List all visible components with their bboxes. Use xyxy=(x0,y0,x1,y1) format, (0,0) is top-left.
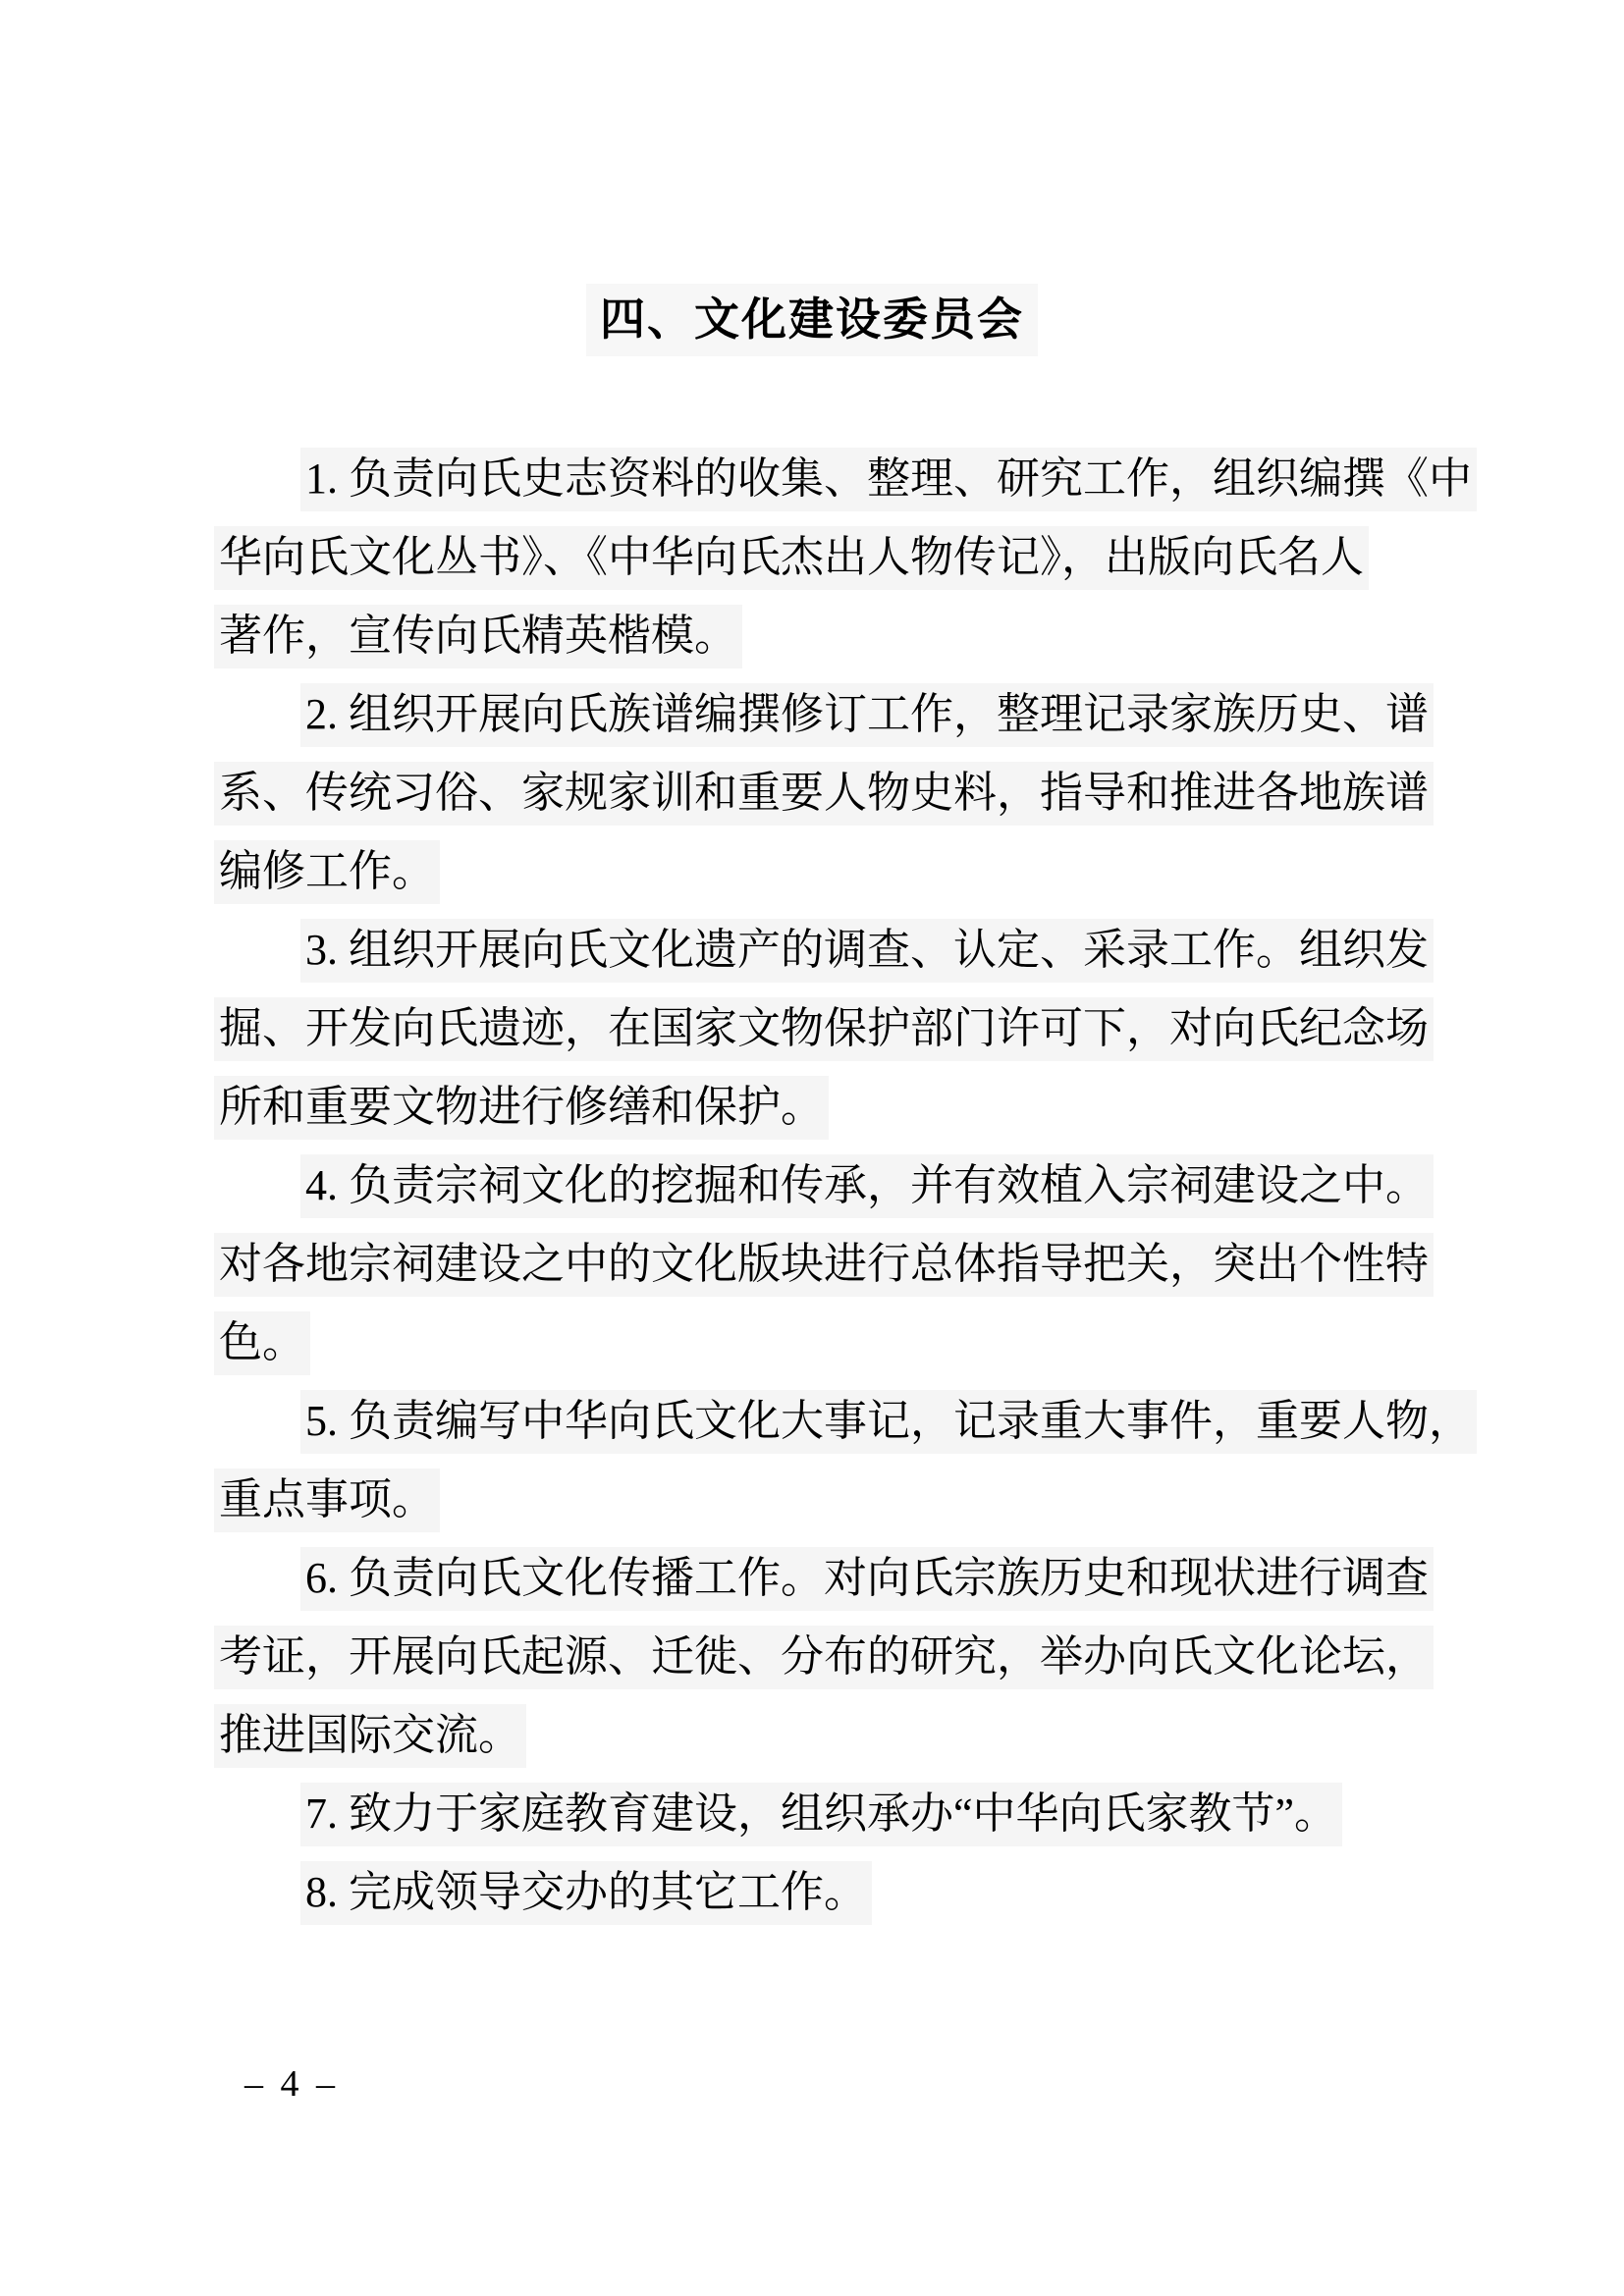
paragraph-line-text: 著作，宣传向氏精英楷模。 xyxy=(214,605,742,668)
paragraph-line: 掘、开发向氏遗迹，在国家文物保护部门许可下，对向氏纪念场 xyxy=(214,989,1441,1068)
paragraph-line: 推进国际交流。 xyxy=(214,1696,1441,1775)
paragraph-line-text: 2. 组织开展向氏族谱编撰修订工作，整理记录家族历史、谱 xyxy=(300,683,1434,747)
paragraph-line: 5. 负责编写中华向氏文化大事记，记录重大事件，重要人物， xyxy=(214,1382,1441,1461)
paragraph-4: 4. 负责宗祠文化的挖掘和传承，并有效植入宗祠建设之中。 对各地宗祠建设之中的文… xyxy=(214,1147,1441,1382)
paragraph-line: 编修工作。 xyxy=(214,832,1441,911)
paragraph-line: 4. 负责宗祠文化的挖掘和传承，并有效植入宗祠建设之中。 xyxy=(214,1147,1441,1225)
paragraph-line-text: 考证，开展向氏起源、迁徙、分布的研究，举办向氏文化论坛， xyxy=(214,1626,1434,1689)
paragraph-8: 8. 完成领导交办的其它工作。 xyxy=(214,1853,1441,1932)
paragraph-1: 1. 负责向氏史志资料的收集、整理、研究工作，组织编撰《中 华向氏文化丛书》、《… xyxy=(214,440,1441,675)
paragraph-line-text: 推进国际交流。 xyxy=(214,1704,526,1768)
page-number: – 4 – xyxy=(218,2061,365,2107)
paragraph-3: 3. 组织开展向氏文化遗产的调查、认定、采录工作。组织发 掘、开发向氏遗迹，在国… xyxy=(214,911,1441,1147)
paragraph-line-text: 7. 致力于家庭教育建设，组织承办“中华向氏家教节”。 xyxy=(300,1783,1342,1846)
paragraph-line-text: 6. 负责向氏文化传播工作。对向氏宗族历史和现状进行调查 xyxy=(300,1547,1434,1611)
paragraph-line-text: 对各地宗祠建设之中的文化版块进行总体指导把关，突出个性特 xyxy=(214,1233,1434,1297)
paragraph-line: 华向氏文化丛书》、《中华向氏杰出人物传记》，出版向氏名人 xyxy=(214,518,1441,597)
paragraph-line: 考证，开展向氏起源、迁徙、分布的研究，举办向氏文化论坛， xyxy=(214,1618,1441,1696)
paragraph-line: 1. 负责向氏史志资料的收集、整理、研究工作，组织编撰《中 xyxy=(214,440,1441,518)
paragraph-line: 2. 组织开展向氏族谱编撰修订工作，整理记录家族历史、谱 xyxy=(214,675,1441,754)
document-page: 四、文化建设委员会 1. 负责向氏史志资料的收集、整理、研究工作，组织编撰《中 … xyxy=(0,0,1624,2296)
paragraph-line-text: 4. 负责宗祠文化的挖掘和传承，并有效植入宗祠建设之中。 xyxy=(300,1154,1434,1218)
paragraph-6: 6. 负责向氏文化传播工作。对向氏宗族历史和现状进行调查 考证，开展向氏起源、迁… xyxy=(214,1539,1441,1775)
paragraph-5: 5. 负责编写中华向氏文化大事记，记录重大事件，重要人物， 重点事项。 xyxy=(214,1382,1441,1539)
paragraph-line: 重点事项。 xyxy=(214,1461,1441,1539)
paragraph-line: 系、传统习俗、家规家训和重要人物史料，指导和推进各地族谱 xyxy=(214,754,1441,832)
paragraph-line: 对各地宗祠建设之中的文化版块进行总体指导把关，突出个性特 xyxy=(214,1225,1441,1304)
paragraph-line-text: 1. 负责向氏史志资料的收集、整理、研究工作，组织编撰《中 xyxy=(300,448,1477,511)
paragraph-line-text: 掘、开发向氏遗迹，在国家文物保护部门许可下，对向氏纪念场 xyxy=(214,997,1434,1061)
paragraph-line-text: 重点事项。 xyxy=(214,1468,440,1532)
paragraph-line-text: 8. 完成领导交办的其它工作。 xyxy=(300,1861,872,1925)
paragraph-line: 3. 组织开展向氏文化遗产的调查、认定、采录工作。组织发 xyxy=(214,911,1441,989)
paragraph-line-text: 5. 负责编写中华向氏文化大事记，记录重大事件，重要人物， xyxy=(300,1390,1477,1454)
paragraph-line-text: 系、传统习俗、家规家训和重要人物史料，指导和推进各地族谱 xyxy=(214,762,1434,826)
paragraph-line: 6. 负责向氏文化传播工作。对向氏宗族历史和现状进行调查 xyxy=(214,1539,1441,1618)
paragraph-line-text: 3. 组织开展向氏文化遗产的调查、认定、采录工作。组织发 xyxy=(300,919,1434,983)
paragraph-line: 所和重要文物进行修缮和保护。 xyxy=(214,1068,1441,1147)
paragraph-line-text: 所和重要文物进行修缮和保护。 xyxy=(214,1076,829,1140)
paragraph-line-text: 华向氏文化丛书》、《中华向氏杰出人物传记》，出版向氏名人 xyxy=(214,526,1369,590)
paragraph-line: 色。 xyxy=(214,1304,1441,1382)
paragraph-line: 8. 完成领导交办的其它工作。 xyxy=(214,1853,1441,1932)
paragraph-7: 7. 致力于家庭教育建设，组织承办“中华向氏家教节”。 xyxy=(214,1775,1441,1853)
page-number-text: – 4 – xyxy=(244,2063,339,2105)
paragraph-line: 7. 致力于家庭教育建设，组织承办“中华向氏家教节”。 xyxy=(214,1775,1441,1853)
document-title-text: 四、文化建设委员会 xyxy=(586,284,1038,356)
document-title: 四、文化建设委员会 xyxy=(0,289,1624,349)
paragraph-2: 2. 组织开展向氏族谱编撰修订工作，整理记录家族历史、谱 系、传统习俗、家规家训… xyxy=(214,675,1441,911)
paragraph-line-text: 编修工作。 xyxy=(214,840,440,904)
document-body: 1. 负责向氏史志资料的收集、整理、研究工作，组织编撰《中 华向氏文化丛书》、《… xyxy=(214,440,1441,1932)
paragraph-line-text: 色。 xyxy=(214,1311,310,1375)
paragraph-line: 著作，宣传向氏精英楷模。 xyxy=(214,597,1441,675)
